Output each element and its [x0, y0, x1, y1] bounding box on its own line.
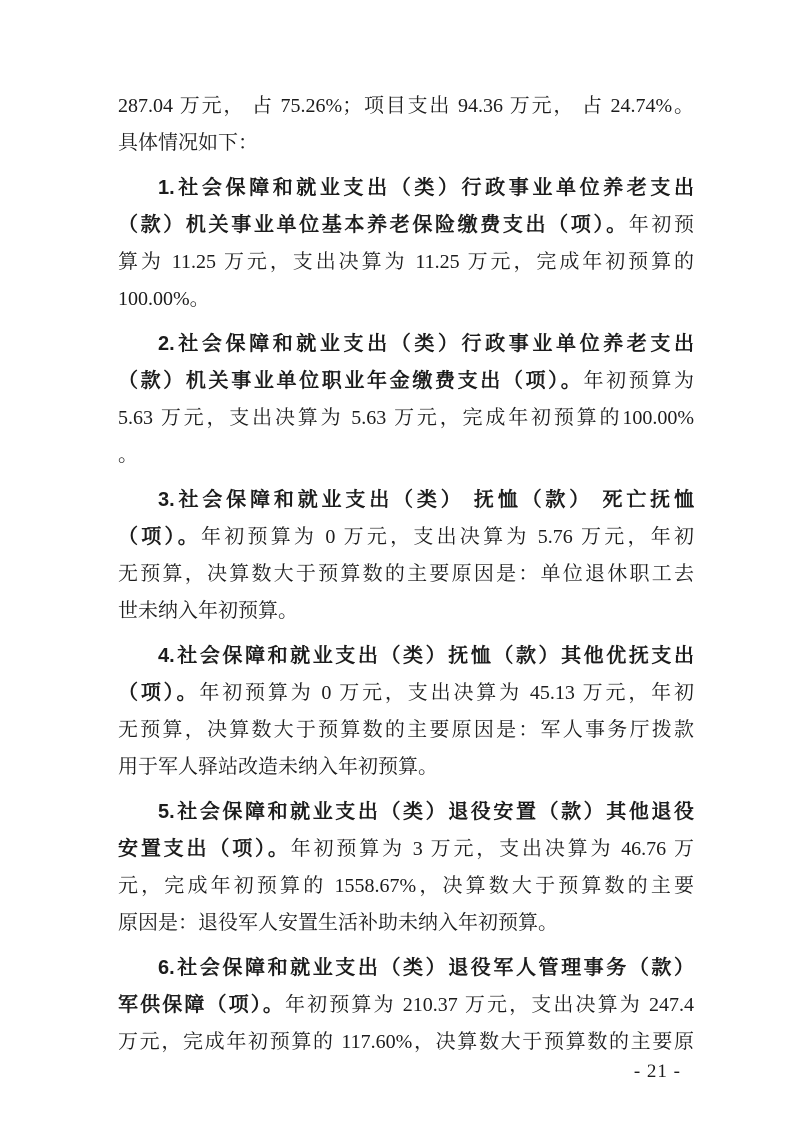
- heading-segment: 6.社会保障和就业支出（类）退役军人管理事务（款）: [158, 957, 694, 979]
- body-segment: 年初预算为 210.37 万元，支出决算为 247.4: [285, 994, 694, 1016]
- body-segment: 100.00%。: [118, 288, 210, 310]
- heading-segment: 安置支出（项）。: [118, 838, 291, 860]
- heading-segment: （项）。: [118, 526, 201, 548]
- text-line: 2.社会保障和就业支出（类）行政事业单位养老支出: [118, 326, 694, 363]
- body-segment: 287.04 万元， 占 75.26%；项目支出 94.36 万元， 占 24.…: [118, 95, 694, 117]
- heading-segment: 4.社会保障和就业支出（类）抚恤（款）其他优抚支出: [158, 645, 694, 667]
- body-segment: 元，完成年初预算的 1558.67%，决算数大于预算数的主要: [118, 875, 694, 897]
- text-line: 287.04 万元， 占 75.26%；项目支出 94.36 万元， 占 24.…: [118, 88, 694, 125]
- heading-segment: （款）机关事业单位职业年金缴费支出（项）。: [118, 370, 583, 392]
- body-segment: 5.63 万元，支出决算为 5.63 万元，完成年初预算的100.00%: [118, 407, 694, 429]
- body-segment: 无预算，决算数大于预算数的主要原因是：军人事务厅拨款: [118, 719, 694, 741]
- heading-segment: 1.社会保障和就业支出（类）行政事业单位养老支出: [158, 177, 694, 199]
- text-line: 6.社会保障和就业支出（类）退役军人管理事务（款）: [118, 950, 694, 987]
- text-line: 3.社会保障和就业支出（类） 抚恤（款） 死亡抚恤: [118, 482, 694, 519]
- text-line: （项）。年初预算为 0 万元，支出决算为 45.13 万元，年初: [118, 675, 694, 712]
- text-line: （项）。年初预算为 0 万元，支出决算为 5.76 万元，年初: [118, 519, 694, 556]
- heading-segment: 3.社会保障和就业支出（类） 抚恤（款） 死亡抚恤: [158, 489, 694, 511]
- paragraph-item-2: 2.社会保障和就业支出（类）行政事业单位养老支出（款）机关事业单位职业年金缴费支…: [118, 326, 694, 474]
- body-segment: 年初预算为: [583, 370, 694, 392]
- text-line: 4.社会保障和就业支出（类）抚恤（款）其他优抚支出: [118, 638, 694, 675]
- body-segment: 无预算，决算数大于预算数的主要原因是：单位退休职工去: [118, 563, 694, 585]
- text-line: 万元，完成年初预算的 117.60%，决算数大于预算数的主要原: [118, 1024, 694, 1061]
- text-line: 算为 11.25 万元，支出决算为 11.25 万元，完成年初预算的: [118, 244, 694, 281]
- paragraph-item-3: 3.社会保障和就业支出（类） 抚恤（款） 死亡抚恤（项）。年初预算为 0 万元，…: [118, 482, 694, 630]
- text-line: 100.00%。: [118, 281, 694, 318]
- text-line: 5.社会保障和就业支出（类）退役安置（款）其他退役: [118, 794, 694, 831]
- body-segment: 年初预: [629, 214, 694, 236]
- text-line: 军供保障（项）。年初预算为 210.37 万元，支出决算为 247.4: [118, 987, 694, 1024]
- body-segment: 年初预算为 0 万元，支出决算为 5.76 万元，年初: [201, 526, 694, 548]
- body-segment: 算为 11.25 万元，支出决算为 11.25 万元，完成年初预算的: [118, 251, 694, 273]
- heading-segment: 2.社会保障和就业支出（类）行政事业单位养老支出: [158, 333, 694, 355]
- body-segment: 年初预算为 0 万元，支出决算为 45.13 万元，年初: [199, 682, 694, 704]
- text-line: 安置支出（项）。年初预算为 3 万元，支出决算为 46.76 万: [118, 831, 694, 868]
- paragraph-item-6: 6.社会保障和就业支出（类）退役军人管理事务（款）军供保障（项）。年初预算为 2…: [118, 950, 694, 1061]
- paragraph-item-4: 4.社会保障和就业支出（类）抚恤（款）其他优抚支出（项）。年初预算为 0 万元，…: [118, 638, 694, 786]
- heading-segment: 5.社会保障和就业支出（类）退役安置（款）其他退役: [158, 801, 694, 823]
- text-line: 。: [118, 437, 694, 474]
- heading-segment: （款）机关事业单位基本养老保险缴费支出（项）。: [118, 214, 629, 236]
- body-segment: 用于军人驿站改造未纳入年初预算。: [118, 756, 438, 778]
- body-segment: 具体情况如下：: [118, 132, 258, 154]
- body-segment: 年初预算为 3 万元，支出决算为 46.76 万: [291, 838, 694, 860]
- body-segment: 。: [118, 444, 138, 466]
- text-line: （款）机关事业单位职业年金缴费支出（项）。年初预算为: [118, 363, 694, 400]
- text-line: 元，完成年初预算的 1558.67%，决算数大于预算数的主要: [118, 868, 694, 905]
- paragraph-item-5: 5.社会保障和就业支出（类）退役安置（款）其他退役安置支出（项）。年初预算为 3…: [118, 794, 694, 942]
- text-line: 世未纳入年初预算。: [118, 593, 694, 630]
- text-line: 原因是：退役军人安置生活补助未纳入年初预算。: [118, 905, 694, 942]
- text-line: 具体情况如下：: [118, 125, 694, 162]
- document-page: 287.04 万元， 占 75.26%；项目支出 94.36 万元， 占 24.…: [0, 0, 793, 1122]
- paragraph-item-1: 1.社会保障和就业支出（类）行政事业单位养老支出（款）机关事业单位基本养老保险缴…: [118, 170, 694, 318]
- body-segment: 原因是：退役军人安置生活补助未纳入年初预算。: [118, 912, 558, 934]
- text-line: 无预算，决算数大于预算数的主要原因是：军人事务厅拨款: [118, 712, 694, 749]
- text-line: 5.63 万元，支出决算为 5.63 万元，完成年初预算的100.00%: [118, 400, 694, 437]
- text-line: （款）机关事业单位基本养老保险缴费支出（项）。年初预: [118, 207, 694, 244]
- text-line: 无预算，决算数大于预算数的主要原因是：单位退休职工去: [118, 556, 694, 593]
- document-content: 287.04 万元， 占 75.26%；项目支出 94.36 万元， 占 24.…: [118, 88, 694, 1061]
- heading-segment: 军供保障（项）。: [118, 994, 285, 1016]
- page-number: - 21 -: [634, 1060, 681, 1084]
- heading-segment: （项）。: [118, 682, 199, 704]
- text-line: 1.社会保障和就业支出（类）行政事业单位养老支出: [118, 170, 694, 207]
- body-segment: 万元，完成年初预算的 117.60%，决算数大于预算数的主要原: [118, 1031, 694, 1053]
- paragraph-intro: 287.04 万元， 占 75.26%；项目支出 94.36 万元， 占 24.…: [118, 88, 694, 162]
- body-segment: 世未纳入年初预算。: [118, 600, 298, 622]
- text-line: 用于军人驿站改造未纳入年初预算。: [118, 749, 694, 786]
